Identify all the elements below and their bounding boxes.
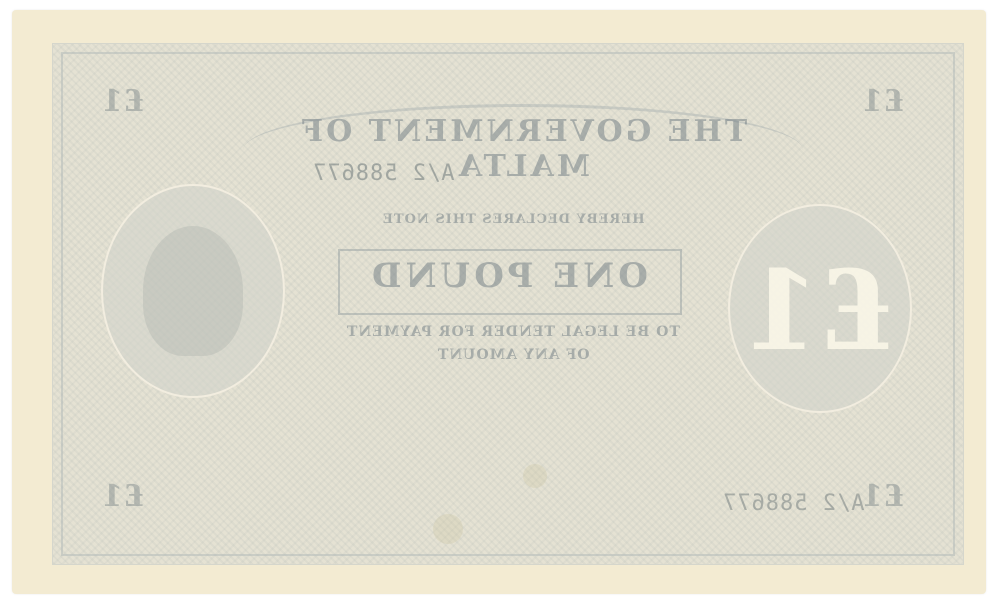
denomination-text: ONE POUND	[338, 256, 678, 296]
watermark-oval: £1	[728, 204, 912, 413]
paper-stain	[523, 464, 547, 488]
corner-value-bottom-left: £1	[93, 479, 153, 514]
portrait-oval	[101, 184, 285, 398]
portrait-icon	[143, 226, 243, 356]
banknote-paper: £1 £1 £1 £1 THE GOVERNMENT OF MALTA A/2 …	[12, 10, 986, 594]
corner-value-top-right: £1	[853, 84, 913, 119]
serial-number-top: A/2 588677	[283, 161, 483, 186]
declaration-text: HEREBY DECLARES THIS NOTE	[323, 212, 703, 227]
corner-value-top-left: £1	[93, 84, 153, 119]
serial-number-bottom: A/2 588677	[693, 491, 893, 516]
legal-tender-text: TO BE LEGAL TENDER FOR PAYMENT	[303, 324, 723, 340]
paper-stain	[433, 514, 463, 544]
watermark-value: £1	[730, 246, 910, 375]
banknote-print-area: £1 £1 £1 £1 THE GOVERNMENT OF MALTA A/2 …	[52, 43, 964, 565]
any-amount-text: OF ANY AMOUNT	[393, 347, 633, 363]
